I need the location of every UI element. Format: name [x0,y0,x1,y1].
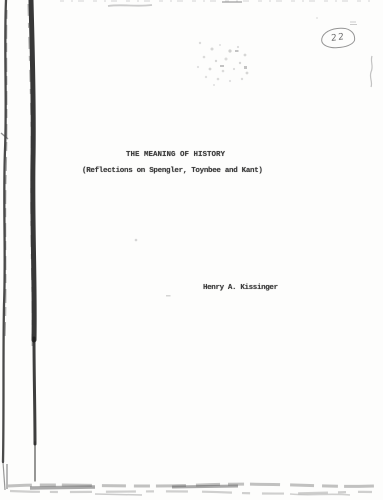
stray-speck [166,295,171,297]
equals-mark [350,22,357,25]
author-name: Henry A. Kissinger [203,284,278,292]
bottom-scan-smudge [95,494,142,495]
top-edge-smudge [108,5,152,6]
page-edge-line-lower [3,462,5,490]
document-title: THE MEANING OF HISTORY [126,151,225,159]
bottom-scan-smudge [290,494,350,495]
bottom-scan-smudge [30,487,95,488]
document-subtitle: (Reflections on Spengler, Toynbee and Ka… [82,167,263,175]
bottom-scan-smudge [172,486,238,487]
faded-stamp-smudge [197,42,249,86]
stray-speck [135,239,138,242]
page-number: 22 [331,32,346,44]
bottom-scan-smudge [10,491,372,494]
binding-shadow-line-mid [34,338,35,444]
scan-artifacts-layer [0,0,383,500]
stray-speck [316,17,318,19]
scanned-document-page: 22 THE MEANING OF HISTORY (Reflections o… [0,0,383,500]
right-edge-mark [370,56,372,87]
